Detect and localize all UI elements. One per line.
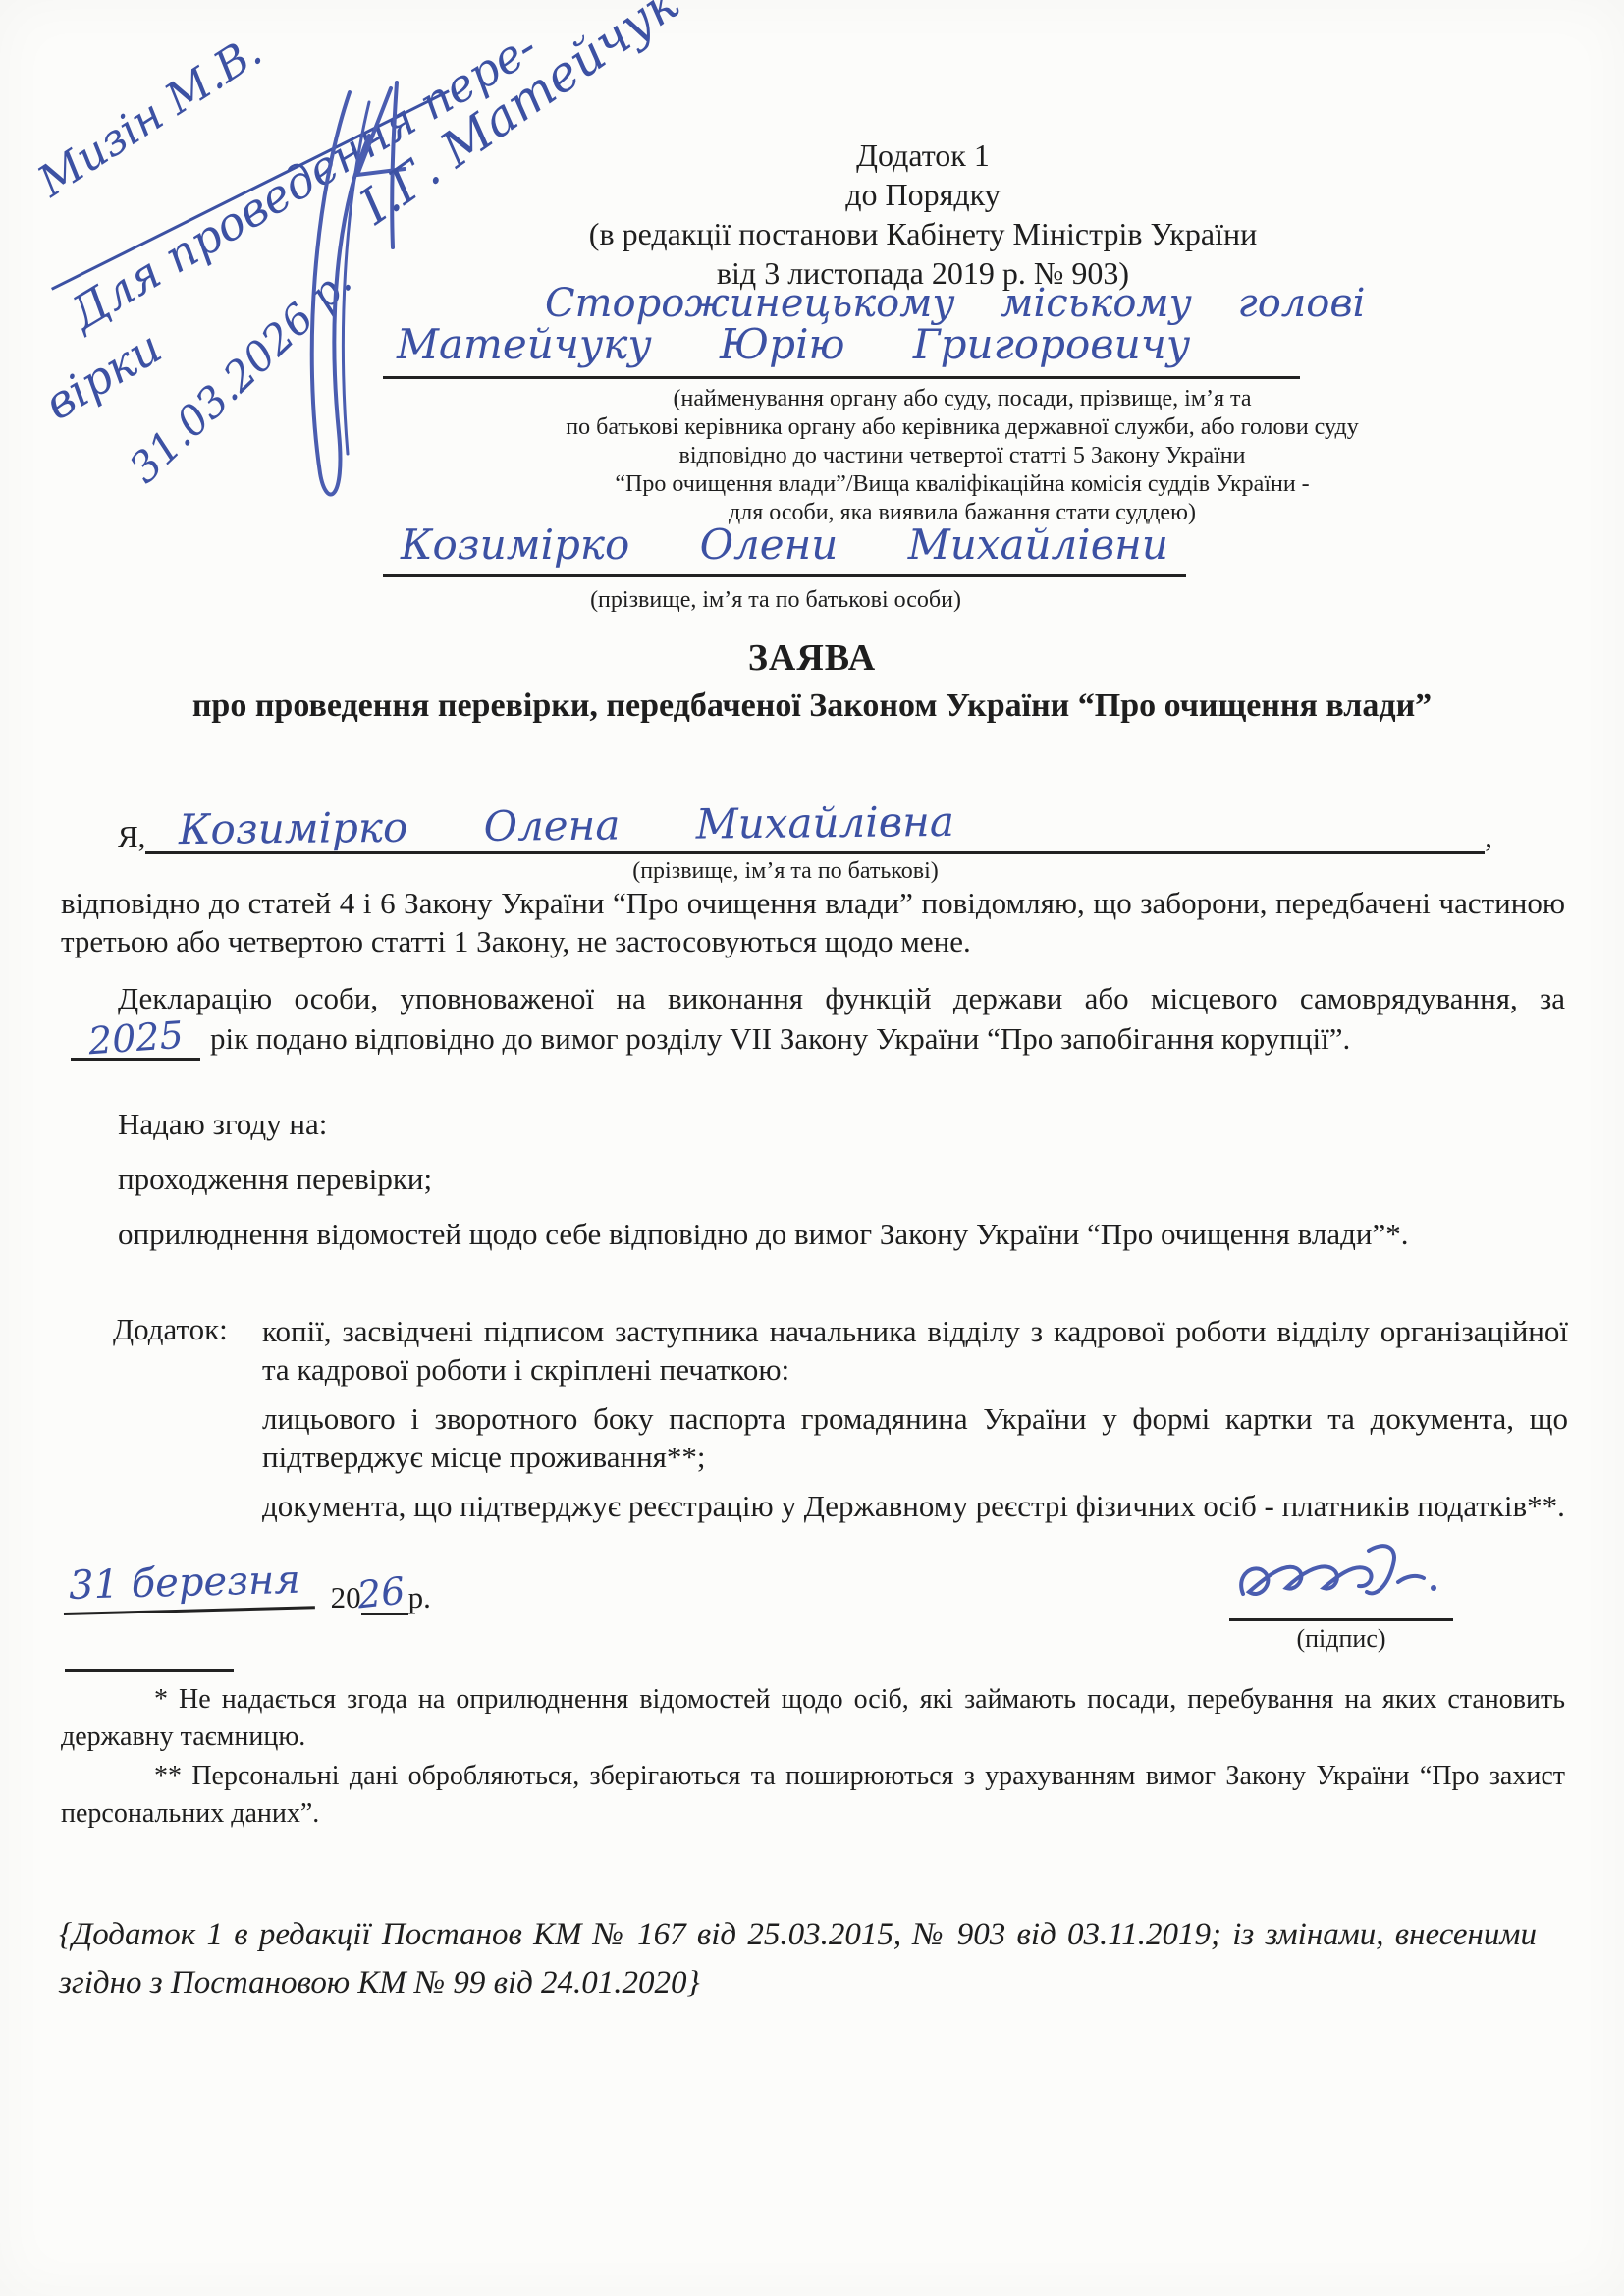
consent-item-publication: оприлюднення відомостей щодо себе відпов… — [61, 1215, 1565, 1253]
footnote-state-secret: * Не надається згода на оприлюднення від… — [61, 1681, 1565, 1756]
attachment-item-tax-registry: документа, що підтверджує реєстрацію у Д… — [262, 1487, 1568, 1525]
footnote-personal-data: ** Персональні дані обробляються, зберіг… — [61, 1758, 1565, 1832]
declaration-year-blank: 2025 — [71, 1017, 200, 1061]
addressee-caption-line2: по батькові керівника органу або керівни… — [353, 413, 1571, 442]
statement-paragraph-2: Декларацію особи, уповноваженої на викон… — [61, 979, 1565, 1061]
document-title: ЗАЯВА — [0, 636, 1624, 680]
handwritten-official-name: Мизін М.В. — [29, 27, 271, 207]
appendix-header-line2: до Порядку — [520, 175, 1326, 214]
year-blank-line: 26 — [361, 1569, 408, 1615]
handwritten-date-day-month: 31 березня — [63, 1557, 315, 1615]
attachment-item-passport: лицьового і зворотного боку паспорта гро… — [262, 1399, 1568, 1476]
addressee-caption-line4: “Про очищення влади”/Вища кваліфікаційна… — [353, 470, 1571, 499]
handwritten-declaration-year: 2025 — [86, 1016, 184, 1062]
handwritten-directive-line2: вірки — [35, 320, 171, 430]
attachment-section: Додаток: копії, засвідчені підписом заст… — [113, 1312, 1568, 1536]
applicant-name-blank-line: Козимірко Олена Михайлівна — [145, 801, 1485, 854]
appendix-header-line1: Додаток 1 — [520, 136, 1326, 175]
handwritten-applicant-name-genitive: Козимірко Олени Михайлівни — [383, 520, 1186, 577]
handwritten-addressee-name: Матейчуку Юрію Григоровичу — [383, 320, 1300, 379]
attachment-label: Додаток: — [113, 1312, 262, 1536]
attachment-intro: копії, засвідчені підписом заступника на… — [262, 1312, 1568, 1389]
trailing-comma: , — [1485, 819, 1492, 854]
applicant-signature-icon — [1229, 1537, 1453, 1620]
addressee-field-caption: (найменування органу або суду, посади, п… — [353, 385, 1571, 527]
applicant-field-caption: (прізвище, ім’я та по батькові особи) — [383, 587, 1168, 614]
consent-intro: Надаю згоду на: — [118, 1107, 327, 1142]
signature-line — [1229, 1618, 1453, 1621]
handwritten-applicant-name: Козимірко Олена Михайлівна — [179, 797, 954, 853]
document-subtitle: про проведення перевірки, передбаченої З… — [0, 687, 1624, 725]
declaration-text-before-year: Декларацію особи, уповноваженої на викон… — [118, 981, 1565, 1015]
addressee-caption-line1: (найменування органу або суду, посади, п… — [353, 385, 1571, 413]
applicant-name-row: Я, Козимірко Олена Михайлівна , — [118, 801, 1492, 854]
statement-paragraph-1: відповідно до статей 4 і 6 Закону Україн… — [61, 884, 1565, 960]
appendix-header: Додаток 1 до Порядку (в редакції постано… — [520, 136, 1326, 293]
declaration-text-after-year: рік подано відповідно до вимог розділу V… — [210, 1021, 1350, 1056]
attachment-list: копії, засвідчені підписом заступника на… — [262, 1312, 1568, 1536]
appendix-header-line3: (в редакції постанови Кабінету Міністрів… — [520, 214, 1326, 253]
year-label: р. — [408, 1580, 431, 1615]
signature-caption: (підпис) — [1229, 1624, 1453, 1654]
addressee-caption-line3: відповідно до частини четвертої статті 5… — [353, 442, 1571, 470]
handwritten-year-suffix: 26 — [354, 1569, 406, 1617]
i-label: Я, — [118, 819, 145, 854]
consent-item-check: проходження перевірки; — [118, 1162, 432, 1197]
footnote-separator — [65, 1669, 234, 1672]
scanned-application-document: Мизін М.В. Для проведення пере- вірки 31… — [0, 0, 1624, 2296]
date-row: 31 березня 20 26 р. — [64, 1563, 431, 1615]
revision-history-note: {Додаток 1 в редакції Постанов КМ № 167 … — [59, 1911, 1537, 2007]
name-field-caption: (прізвище, ім’я та по батькові) — [511, 858, 1060, 885]
